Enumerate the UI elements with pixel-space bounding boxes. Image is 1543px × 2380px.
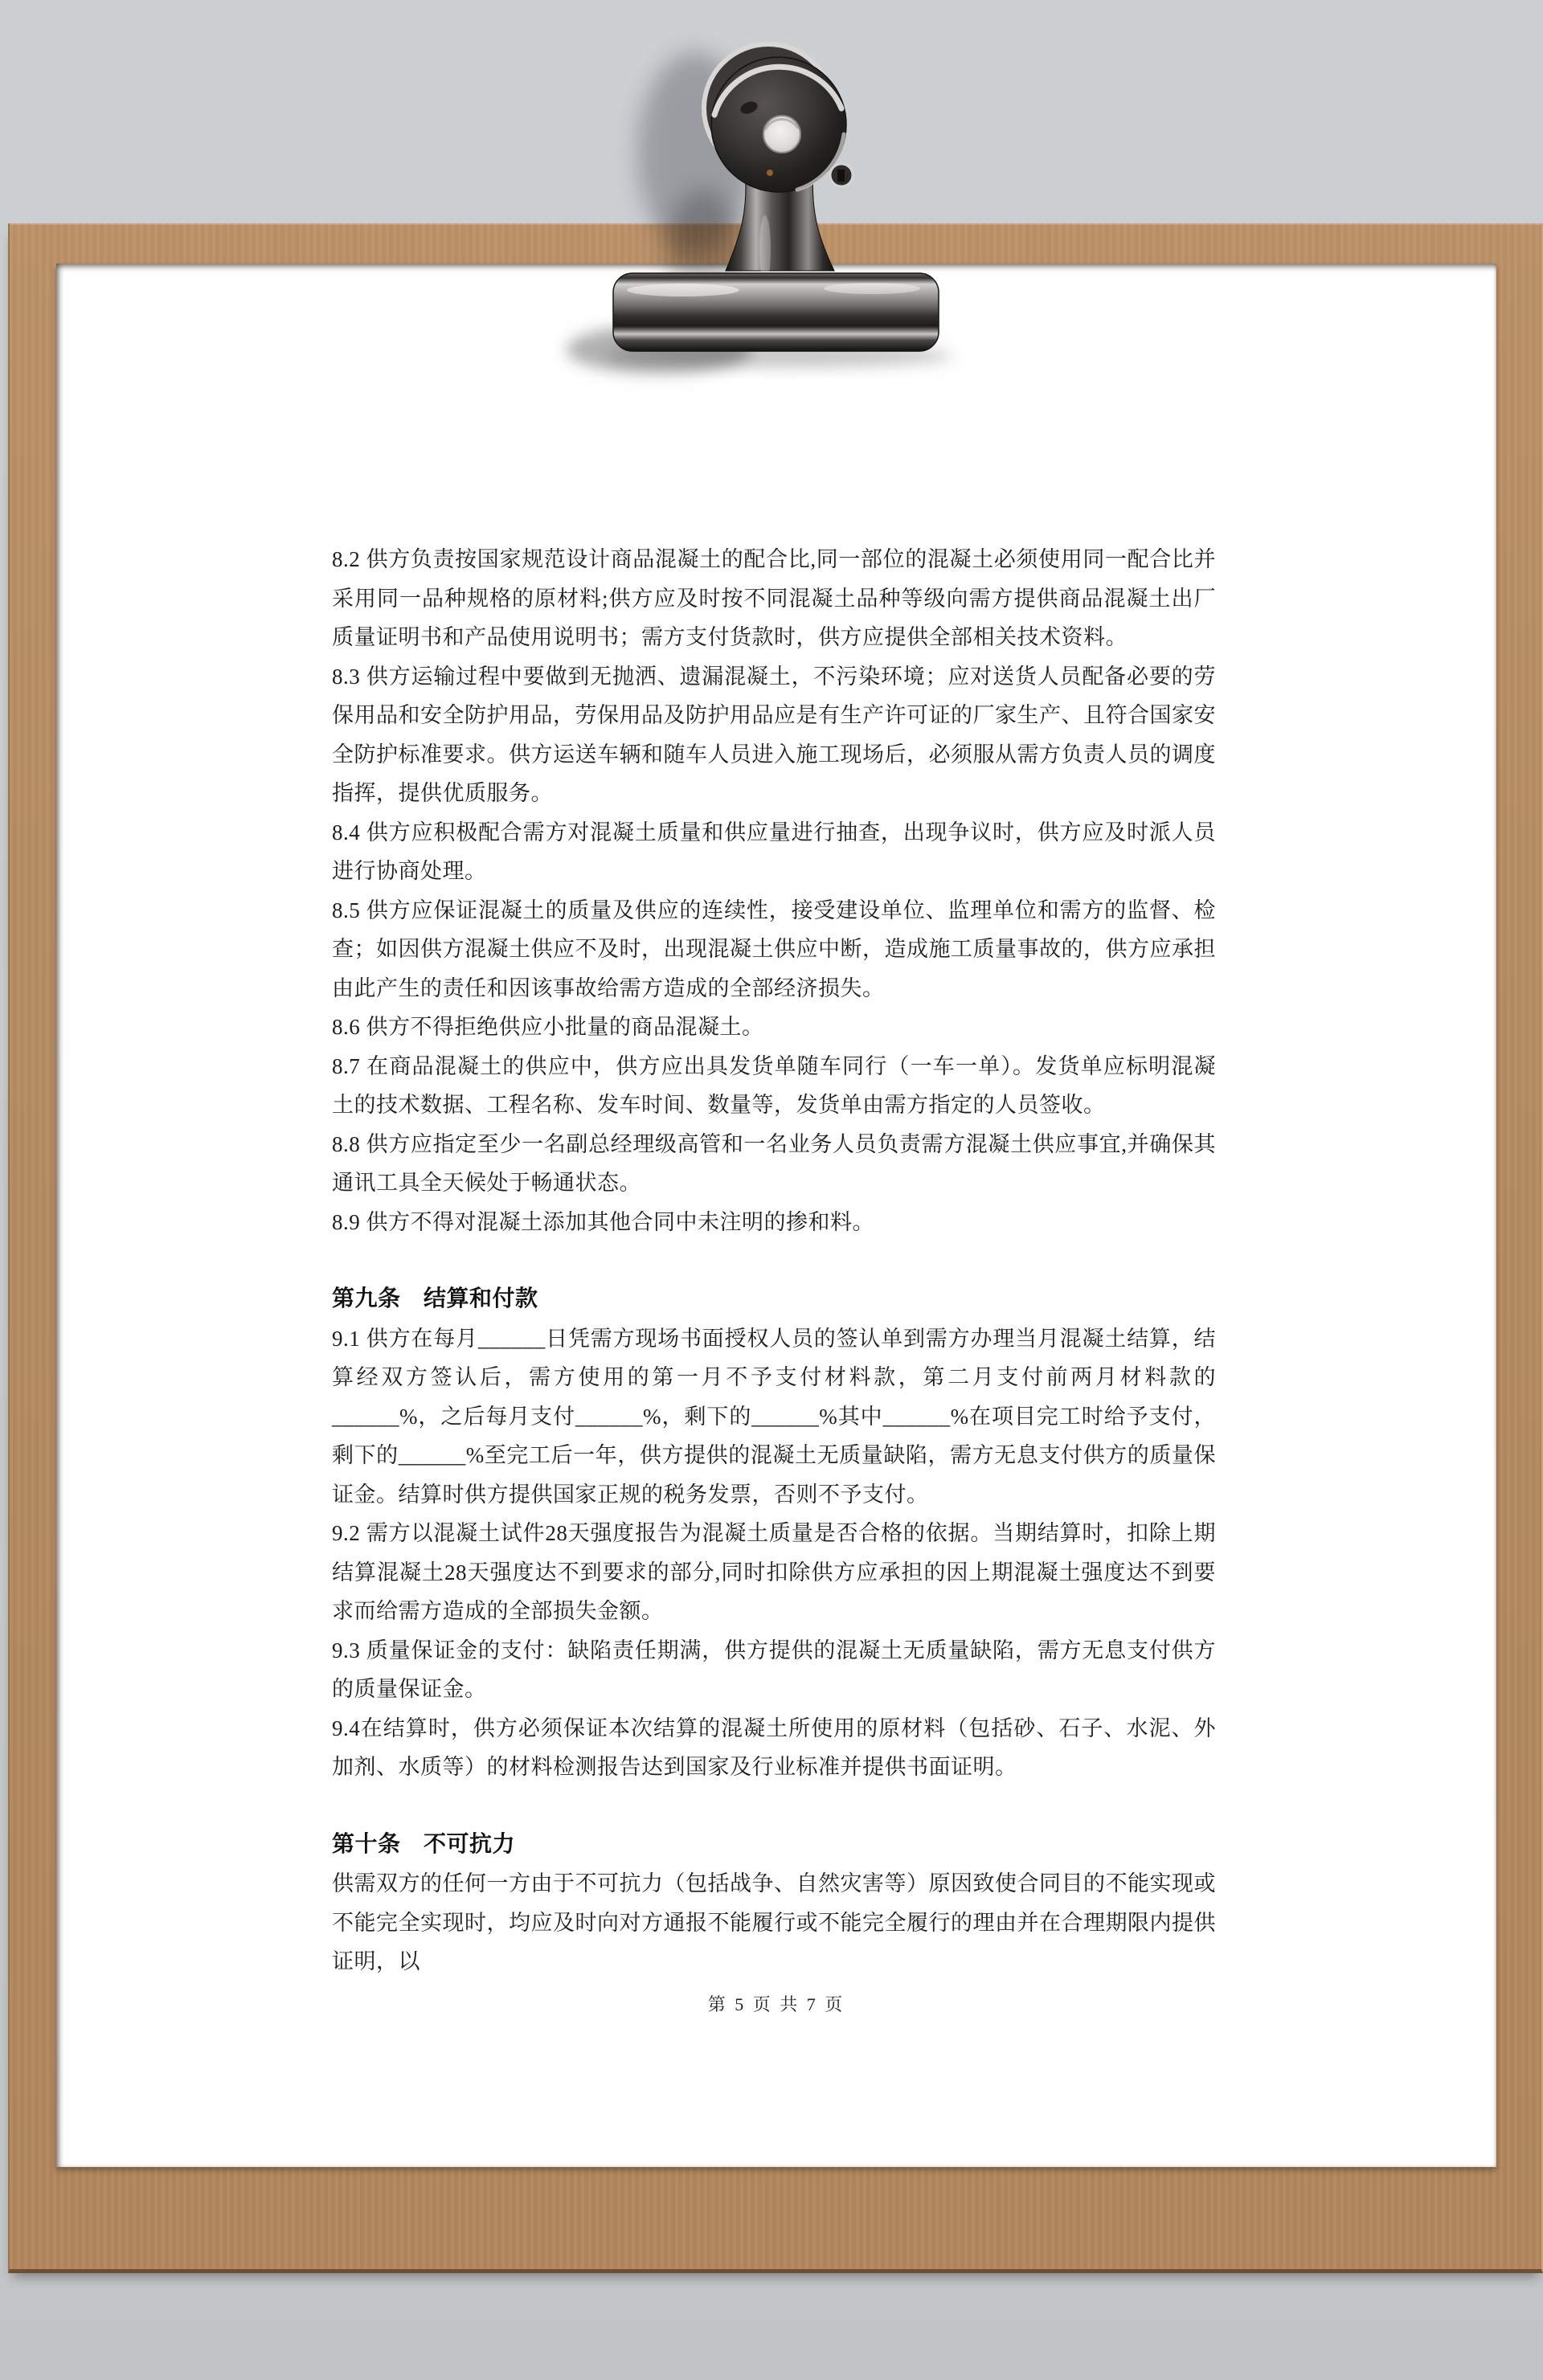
clause-8-4: 8.4 供方应积极配合需方对混凝土质量和供应量进行抽查，出现争议时，供方应及时派…	[332, 813, 1216, 891]
contract-page: 8.2 供方负责按国家规范设计商品混凝土的配合比,同一部位的混凝土必须使用同一配…	[56, 264, 1496, 2167]
clause-9-4: 9.4在结算时，供方必须保证本次结算的混凝土所使用的原材料（包括砂、石子、水泥、…	[332, 1709, 1216, 1787]
page-number-footer: 第 5 页 共 7 页	[56, 1991, 1496, 2016]
article-9-heading: 第九条 结算和付款	[332, 1280, 1216, 1319]
binder-clip-icon	[555, 12, 1005, 390]
clause-8-5: 8.5 供方应保证混凝土的质量及供应的连续性，接受建设单位、监理单位和需方的监督…	[332, 891, 1216, 1008]
clause-8-9: 8.9 供方不得对混凝土添加其他合同中未注明的掺和料。	[332, 1203, 1216, 1242]
contract-body: 8.2 供方负责按国家规范设计商品混凝土的配合比,同一部位的混凝土必须使用同一配…	[332, 540, 1216, 1981]
clause-9-2: 9.2 需方以混凝土试件28天强度报告为混凝土质量是否合格的依据。当期结算时，扣…	[332, 1514, 1216, 1631]
clause-8-8: 8.8 供方应指定至少一名副总经理级高管和一名业务人员负责需方混凝土供应事宜,并…	[332, 1125, 1216, 1203]
article-10-heading: 第十条 不可抗力	[332, 1826, 1216, 1865]
clause-8-6: 8.6 供方不得拒绝供应小批量的商品混凝土。	[332, 1008, 1216, 1047]
clause-8-7: 8.7 在商品混凝土的供应中，供方应出具发货单随车同行（一车一单）。发货单应标明…	[332, 1047, 1216, 1125]
clause-9-3: 9.3 质量保证金的支付：缺陷责任期满，供方提供的混凝土无质量缺陷，需方无息支付…	[332, 1631, 1216, 1709]
clause-8-3: 8.3 供方运输过程中要做到无抛洒、遗漏混凝土，不污染环境；应对送货人员配备必要…	[332, 657, 1216, 813]
clause-8-2: 8.2 供方负责按国家规范设计商品混凝土的配合比,同一部位的混凝土必须使用同一配…	[332, 540, 1216, 657]
force-majeure-clause: 供需双方的任何一方由于不可抗力（包括战争、自然灾害等）原因致使合同目的不能实现或…	[332, 1864, 1216, 1981]
background-wall: 8.2 供方负责按国家规范设计商品混凝土的配合比,同一部位的混凝土必须使用同一配…	[0, 0, 1543, 2380]
clause-9-1: 9.1 供方在每月______日凭需方现场书面授权人员的签认单到需方办理当月混凝…	[332, 1319, 1216, 1515]
